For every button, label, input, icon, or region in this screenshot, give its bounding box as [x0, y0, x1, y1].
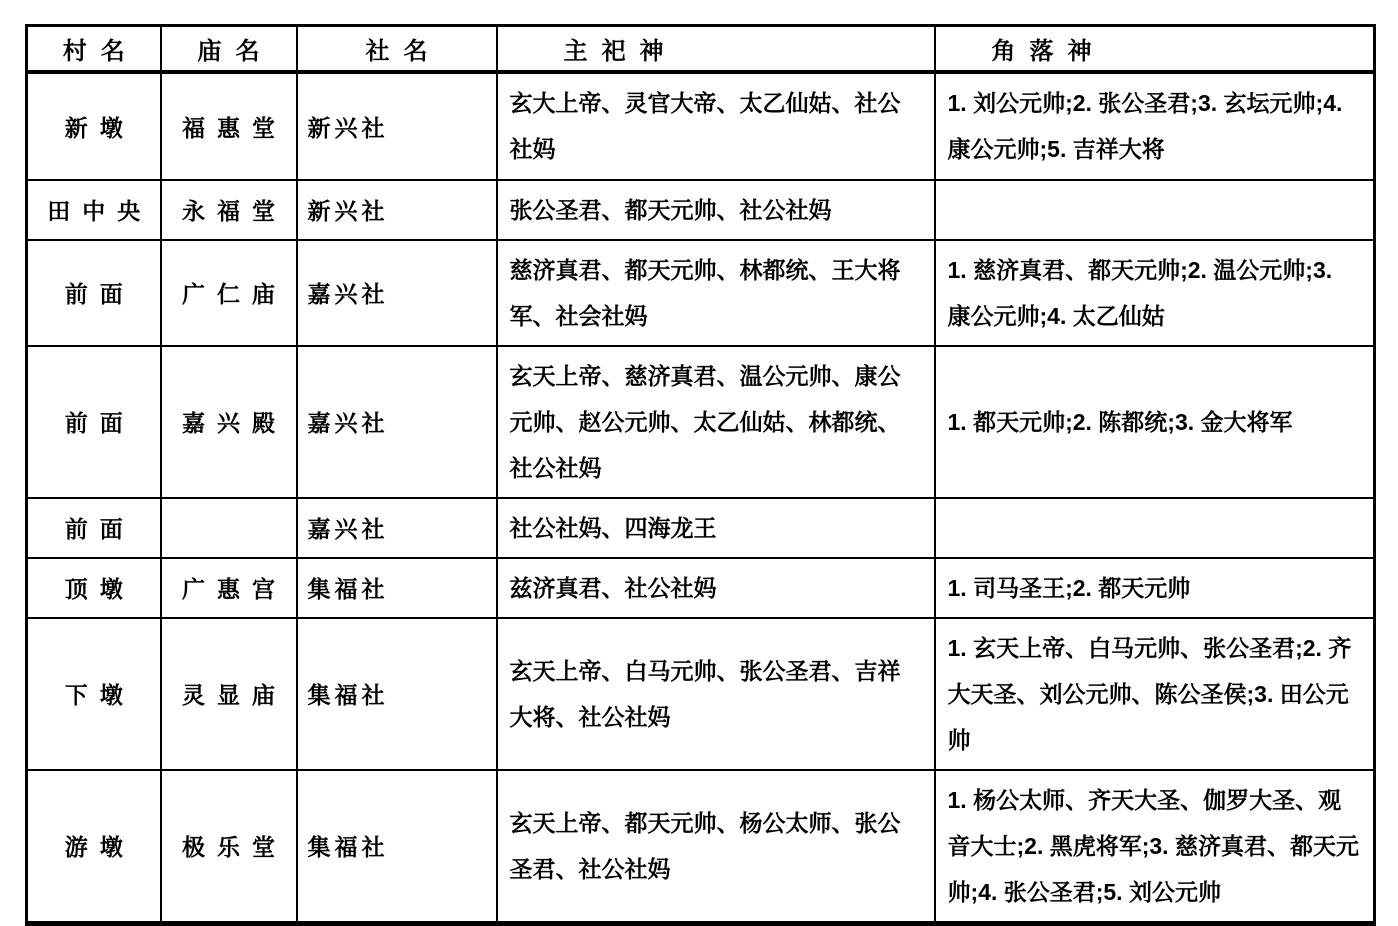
- cell-main-deities: 玄天上帝、都天元帅、杨公太师、张公圣君、社公社妈: [497, 770, 935, 851]
- table-row: 新墩 福惠堂 新兴社 玄大上帝、灵官大帝、太乙仙姑、社公社妈 1. 刘公元帅;2…: [27, 72, 1375, 180]
- cell-she: 集福社: [297, 770, 497, 851]
- header-corner-deities: 角落神: [935, 26, 1375, 72]
- cell-temple: 福惠堂: [161, 72, 297, 180]
- cell-village: 新墩: [27, 72, 161, 180]
- cell-she: 新兴社: [297, 72, 497, 180]
- cell-temple: 永福堂: [161, 180, 297, 240]
- header-village-name: 村名: [27, 26, 161, 72]
- table-row: 田中央 永福堂 新兴社 张公圣君、都天元帅、社公社妈: [27, 180, 1375, 240]
- cell-temple: 广仁庙: [161, 240, 297, 346]
- cell-temple: 极乐堂: [161, 770, 297, 851]
- cell-village: 下墩: [27, 618, 161, 770]
- table-row: 前面 嘉兴社 社公社妈、四海龙王: [27, 498, 1375, 558]
- cell-main-deities: 玄大上帝、灵官大帝、太乙仙姑、社公社妈: [497, 72, 935, 180]
- cell-corner-deities: 1. 司马圣王;2. 都天元帅: [935, 558, 1375, 618]
- header-temple-name: 庙名: [161, 26, 297, 72]
- cell-main-deities: 慈济真君、都天元帅、林都统、王大将军、社会社妈: [497, 240, 935, 346]
- cell-she: 新兴社: [297, 180, 497, 240]
- village-temple-deity-table: 村名 庙名 社名 主祀神 角落神 新墩 福惠堂 新兴社 玄大上帝、灵官大帝、太乙…: [25, 24, 1376, 850]
- table-row: 游墩 极乐堂 集福社 玄天上帝、都天元帅、杨公太师、张公圣君、社公社妈 1. 杨…: [27, 770, 1375, 851]
- cell-village: 游墩: [27, 770, 161, 851]
- cell-corner-deities: [935, 498, 1375, 558]
- cell-village: 田中央: [27, 180, 161, 240]
- header-main-deities: 主祀神: [497, 26, 935, 72]
- cell-corner-deities: 1. 玄天上帝、白马元帅、张公圣君;2. 齐大天圣、刘公元帅、陈公圣侯;3. 田…: [935, 618, 1375, 770]
- cell-she: 集福社: [297, 558, 497, 618]
- header-she-name: 社名: [297, 26, 497, 72]
- cell-temple: 嘉兴殿: [161, 346, 297, 498]
- cell-main-deities: 玄天上帝、白马元帅、张公圣君、吉祥大将、社公社妈: [497, 618, 935, 770]
- cell-she: 嘉兴社: [297, 240, 497, 346]
- cell-main-deities: 社公社妈、四海龙王: [497, 498, 935, 558]
- cell-corner-deities: 1. 都天元帅;2. 陈都统;3. 金大将军: [935, 346, 1375, 498]
- cell-village: 前面: [27, 346, 161, 498]
- cell-village: 前面: [27, 498, 161, 558]
- cell-main-deities: 玄天上帝、慈济真君、温公元帅、康公元帅、赵公元帅、太乙仙姑、林都统、社公社妈: [497, 346, 935, 498]
- cell-she: 嘉兴社: [297, 346, 497, 498]
- cell-temple: [161, 498, 297, 558]
- table-row: 前面 广仁庙 嘉兴社 慈济真君、都天元帅、林都统、王大将军、社会社妈 1. 慈济…: [27, 240, 1375, 346]
- cell-corner-deities: 1. 刘公元帅;2. 张公圣君;3. 玄坛元帅;4. 康公元帅;5. 吉祥大将: [935, 72, 1375, 180]
- cell-main-deities: 张公圣君、都天元帅、社公社妈: [497, 180, 935, 240]
- cell-corner-deities: 1. 慈济真君、都天元帅;2. 温公元帅;3. 康公元帅;4. 太乙仙姑: [935, 240, 1375, 346]
- cell-village: 顶墩: [27, 558, 161, 618]
- cell-main-deities: 兹济真君、社公社妈: [497, 558, 935, 618]
- table-row: 顶墩 广惠宫 集福社 兹济真君、社公社妈 1. 司马圣王;2. 都天元帅: [27, 558, 1375, 618]
- cell-she: 嘉兴社: [297, 498, 497, 558]
- cell-temple: 灵显庙: [161, 618, 297, 770]
- table-row: 下墩 灵显庙 集福社 玄天上帝、白马元帅、张公圣君、吉祥大将、社公社妈 1. 玄…: [27, 618, 1375, 770]
- scanned-table-page: 村名 庙名 社名 主祀神 角落神 新墩 福惠堂 新兴社 玄大上帝、灵官大帝、太乙…: [25, 24, 1373, 850]
- cell-she: 集福社: [297, 618, 497, 770]
- cell-corner-deities: [935, 180, 1375, 240]
- cell-corner-deities: 1. 杨公太师、齐天大圣、伽罗大圣、观音大士;2. 黑虎将军;3. 慈济真君、都…: [935, 770, 1375, 851]
- table-row: 前面 嘉兴殿 嘉兴社 玄天上帝、慈济真君、温公元帅、康公元帅、赵公元帅、太乙仙姑…: [27, 346, 1375, 498]
- header-row: 村名 庙名 社名 主祀神 角落神: [27, 26, 1375, 72]
- cell-village: 前面: [27, 240, 161, 346]
- cell-temple: 广惠宫: [161, 558, 297, 618]
